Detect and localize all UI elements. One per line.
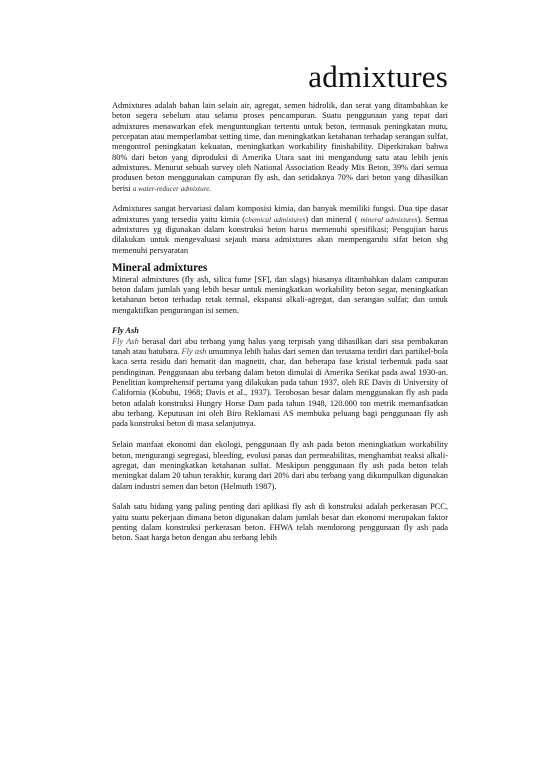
spacer <box>112 492 448 502</box>
paragraph-flyash: Fly Ash berasal dari abu terbang yang ha… <box>112 337 448 430</box>
paragraph-types-italic-mineral: mineral admixtures <box>361 216 418 224</box>
paragraph-flyash-text-2: umumnya lebih halus dari semen dan terut… <box>112 347 448 428</box>
document-body: Admixtures adalah bahan lain selain air,… <box>112 101 448 544</box>
paragraph-flyash-italic-1: Fly Ash <box>112 337 139 346</box>
spacer <box>112 194 448 204</box>
paragraph-intro-italic: a water-reducer admixture. <box>133 185 212 193</box>
page-title: admixtures <box>308 60 448 94</box>
paragraph-types-italic-chemical: chemical admixtures <box>245 216 305 224</box>
section-heading-mineral: Mineral admixtures <box>112 262 448 275</box>
paragraph-mineral: Mineral admixtures (fly ash, silica fume… <box>112 275 448 316</box>
section-heading-flyash: Fly Ash <box>112 326 448 336</box>
paragraph-intro-text: Admixtures adalah bahan lain selain air,… <box>112 101 448 193</box>
paragraph-types-text-2: ) dan mineral ( <box>305 215 360 224</box>
paragraph-flyash-italic-2: Fly ash <box>181 347 206 356</box>
spacer <box>112 430 448 440</box>
paragraph-pavement: Salah satu bidang yang paling penting da… <box>112 502 448 543</box>
spacer <box>112 316 448 326</box>
paragraph-types: Admixtures sangat bervariasi dalam kompo… <box>112 204 448 256</box>
paragraph-benefits: Selain manfaat ekonomi dan ekologi, peng… <box>112 440 448 492</box>
paragraph-intro: Admixtures adalah bahan lain selain air,… <box>112 101 448 194</box>
